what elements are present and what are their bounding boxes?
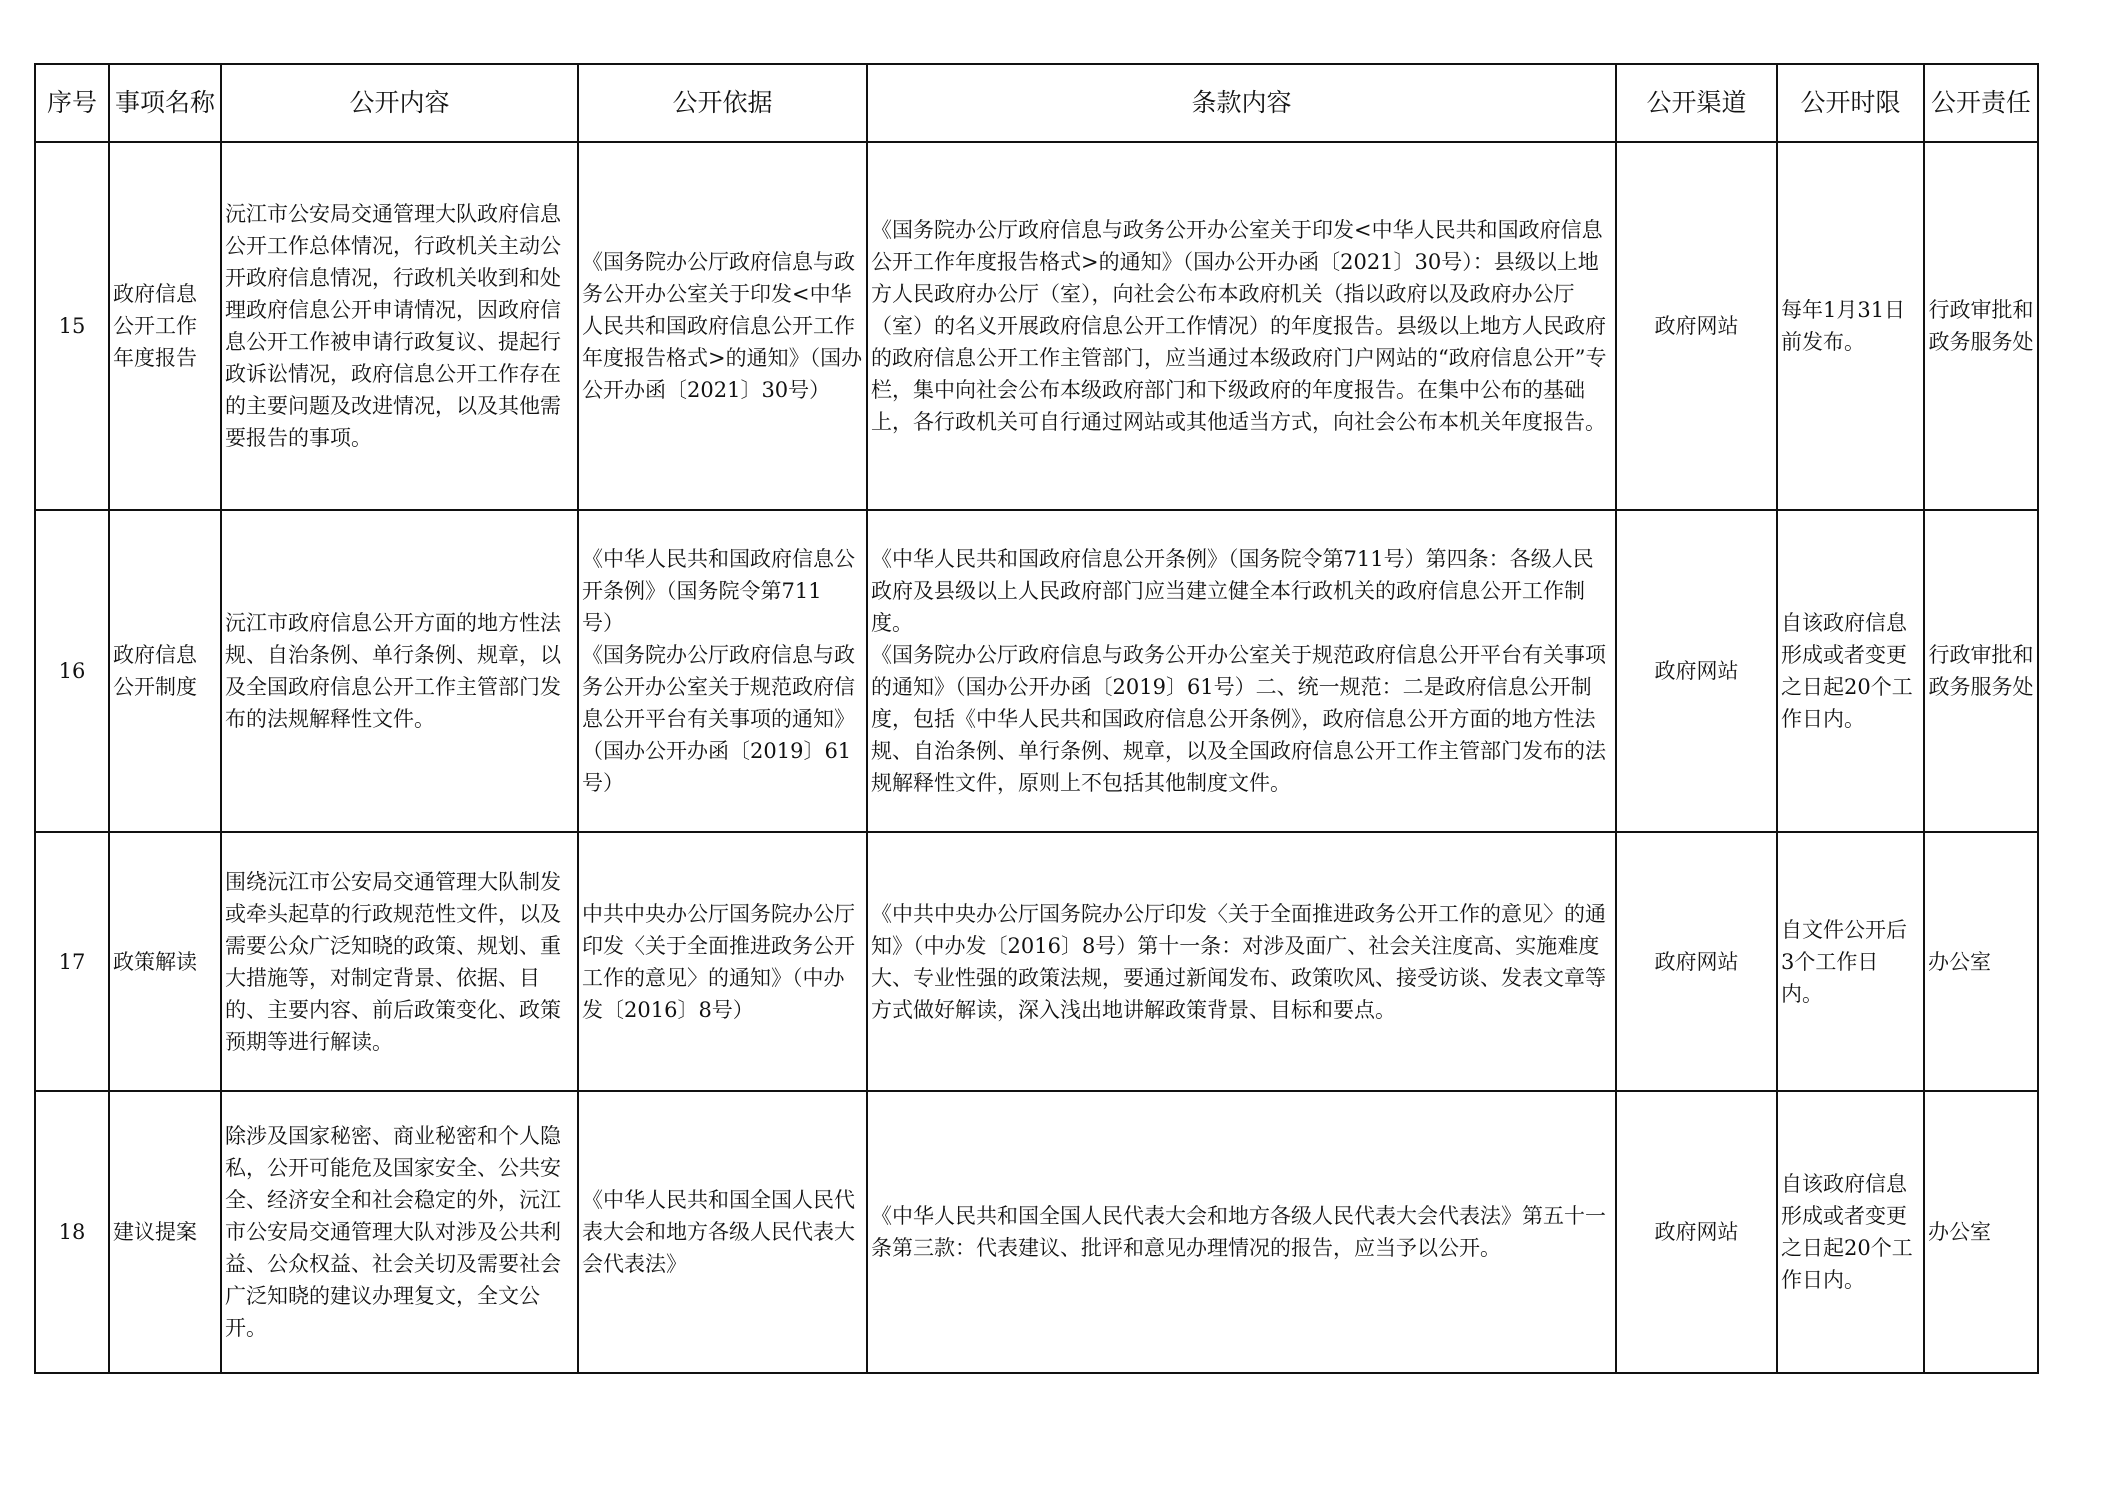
header-channel: 公开渠道 [1616, 64, 1777, 142]
header-row: 序号 事项名称 公开内容 公开依据 条款内容 公开渠道 公开时限 公开责任 [35, 64, 2038, 142]
item-name: 政策解读 [109, 832, 221, 1091]
header-responsibility: 公开责任 [1924, 64, 2038, 142]
disclosure-content: 除涉及国家秘密、商业秘密和个人隐私，公开可能危及国家安全、公共安全、经济安全和社… [221, 1091, 578, 1373]
header-clause: 条款内容 [867, 64, 1616, 142]
header-no: 序号 [35, 64, 109, 142]
header-name: 事项名称 [109, 64, 221, 142]
item-name: 政府信息公开制度 [109, 510, 221, 832]
clause-content: 《中共中央办公厅国务院办公厅印发〈关于全面推进政务公开工作的意见〉的通知》（中办… [867, 832, 1616, 1091]
time-limit: 自该政府信息形成或者变更之日起20个工作日内。 [1777, 510, 1924, 832]
disclosure-basis: 中共中央办公厅国务院办公厅印发〈关于全面推进政务公开工作的意见〉的通知》（中办发… [578, 832, 867, 1091]
row-number: 15 [35, 142, 109, 510]
clause-content: 《国务院办公厅政府信息与政务公开办公室关于印发<中华人民共和国政府信息公开工作年… [867, 142, 1616, 510]
disclosure-table: 序号 事项名称 公开内容 公开依据 条款内容 公开渠道 公开时限 公开责任 15… [34, 63, 2039, 1374]
table-row: 17 政策解读 围绕沅江市公安局交通管理大队制发或牵头起草的行政规范性文件，以及… [35, 832, 2038, 1091]
disclosure-content: 沅江市政府信息公开方面的地方性法规、自治条例、单行条例、规章，以及全国政府信息公… [221, 510, 578, 832]
item-name: 建议提案 [109, 1091, 221, 1373]
clause-content: 《中华人民共和国全国人民代表大会和地方各级人民代表大会代表法》第五十一条第三款：… [867, 1091, 1616, 1373]
row-number: 17 [35, 832, 109, 1091]
disclosure-channel: 政府网站 [1616, 832, 1777, 1091]
header-basis: 公开依据 [578, 64, 867, 142]
table-row: 16 政府信息公开制度 沅江市政府信息公开方面的地方性法规、自治条例、单行条例、… [35, 510, 2038, 832]
responsible-unit: 办公室 [1924, 832, 2038, 1091]
time-limit: 每年1月31日前发布。 [1777, 142, 1924, 510]
responsible-unit: 办公室 [1924, 1091, 2038, 1373]
table-row: 18 建议提案 除涉及国家秘密、商业秘密和个人隐私，公开可能危及国家安全、公共安… [35, 1091, 2038, 1373]
disclosure-content: 沅江市公安局交通管理大队政府信息公开工作总体情况，行政机关主动公开政府信息情况，… [221, 142, 578, 510]
time-limit: 自文件公开后3个工作日内。 [1777, 832, 1924, 1091]
header-content: 公开内容 [221, 64, 578, 142]
clause-content: 《中华人民共和国政府信息公开条例》（国务院令第711号）第四条：各级人民政府及县… [867, 510, 1616, 832]
disclosure-channel: 政府网站 [1616, 1091, 1777, 1373]
disclosure-basis: 《国务院办公厅政府信息与政务公开办公室关于印发<中华人民共和国政府信息公开工作年… [578, 142, 867, 510]
header-time-limit: 公开时限 [1777, 64, 1924, 142]
disclosure-basis: 《中华人民共和国全国人民代表大会和地方各级人民代表大会代表法》 [578, 1091, 867, 1373]
disclosure-channel: 政府网站 [1616, 510, 1777, 832]
disclosure-channel: 政府网站 [1616, 142, 1777, 510]
row-number: 18 [35, 1091, 109, 1373]
responsible-unit: 行政审批和政务服务处 [1924, 142, 2038, 510]
responsible-unit: 行政审批和政务服务处 [1924, 510, 2038, 832]
table-row: 15 政府信息公开工作年度报告 沅江市公安局交通管理大队政府信息公开工作总体情况… [35, 142, 2038, 510]
item-name: 政府信息公开工作年度报告 [109, 142, 221, 510]
disclosure-basis: 《中华人民共和国政府信息公开条例》（国务院令第711号） 《国务院办公厅政府信息… [578, 510, 867, 832]
disclosure-content: 围绕沅江市公安局交通管理大队制发或牵头起草的行政规范性文件，以及需要公众广泛知晓… [221, 832, 578, 1091]
row-number: 16 [35, 510, 109, 832]
time-limit: 自该政府信息形成或者变更之日起20个工作日内。 [1777, 1091, 1924, 1373]
